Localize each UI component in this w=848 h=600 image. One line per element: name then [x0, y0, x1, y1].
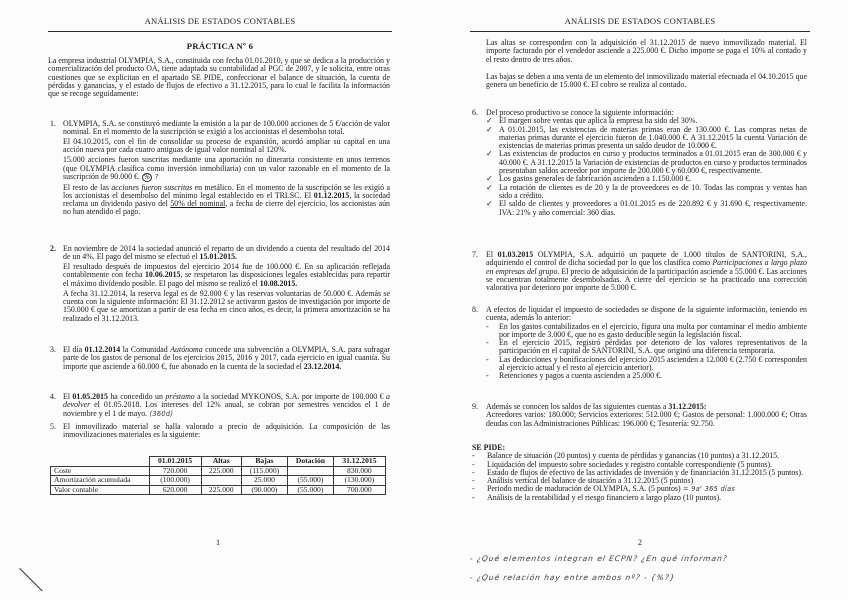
- bajas-paragraph: Las bajas se deben a una venta de un ele…: [486, 73, 807, 90]
- dash-icon: -: [486, 339, 489, 347]
- dash-bullet: -En el ejercicio 2015, registró pérdidas…: [486, 339, 807, 356]
- header-rule: [470, 31, 810, 32]
- table-row: Valor contable 620.000 225.000 (90.000) …: [51, 485, 386, 495]
- item-8: 8. A efectos de liquidar el impuesto de …: [472, 306, 807, 381]
- header-rule: [48, 31, 392, 32]
- text-run: En los gastos contabilizados en el ejerc…: [499, 322, 807, 339]
- text-run: Retenciones y pagos a cuenta ascienden a…: [499, 371, 662, 380]
- item-paragraph: El día 01.12.2014 la Comunidad Autónoma …: [63, 346, 390, 371]
- dash-icon: -: [486, 323, 489, 331]
- item-number: 9.: [472, 403, 478, 411]
- item-3: 3. El día 01.12.2014 la Comunidad Autóno…: [50, 346, 390, 371]
- table-header-cell: 31.12.2015: [333, 457, 385, 467]
- table-header-row: 01.01.2015 Altas Bajas Dotación 31.12.20…: [51, 457, 386, 467]
- table-header-cell: Bajas: [241, 457, 287, 467]
- checkmark-icon: ✓: [486, 126, 493, 134]
- checkmark-icon: ✓: [486, 150, 493, 158]
- text-run: el 01.05.2018. Los intereses del 12% anu…: [63, 400, 390, 417]
- item-4: 4. El 01.05.2015 ha concedido un préstam…: [50, 393, 390, 418]
- text-run: A fecha 31.12.2014, la reserva legal es …: [63, 289, 390, 323]
- page-number: 2: [638, 538, 642, 547]
- item-6: 6. Del proceso productivo se conoce la s…: [472, 109, 807, 217]
- item-paragraph: El inmovilizado material se halla valora…: [63, 423, 390, 440]
- item-paragraph: 15.000 acciones fueron suscritas mediant…: [63, 156, 390, 182]
- table-cell: Amortización acumulada: [51, 476, 150, 486]
- bullet-text: Las deducciones y bonificaciones del eje…: [499, 355, 807, 372]
- item-intro: A efectos de liquidar el impuesto de soc…: [486, 306, 807, 323]
- dash-icon: -: [486, 356, 489, 364]
- table-cell: Valor contable: [51, 485, 150, 495]
- table-cell: 25.000: [241, 476, 287, 486]
- bullet-text: Las existencias de productos en curso y …: [499, 149, 807, 175]
- table-cell: (55.000): [288, 485, 334, 495]
- item-number: 6.: [472, 109, 478, 117]
- se-pide-section: SE PIDE: -Balance de situación (20 punto…: [472, 444, 807, 502]
- table-cell: (90.000): [241, 485, 287, 495]
- item-5: 5. El inmovilizado material se halla val…: [50, 423, 390, 440]
- table-header-cell: 01.01.2015: [149, 457, 201, 467]
- bullet-text: En los gastos contabilizados en el ejerc…: [499, 322, 807, 339]
- item-1: 1. OLYMPIA, S.A. se constituyó mediante …: [50, 120, 390, 217]
- pen-stroke-mark: [19, 568, 42, 591]
- text-run: Las deducciones y bonificaciones del eje…: [499, 355, 807, 372]
- bullet-text: Retenciones y pagos a cuenta ascienden a…: [499, 371, 662, 380]
- dash-bullet: -Las deducciones y bonificaciones del ej…: [486, 356, 807, 373]
- bullet-text: A 01.01.2015, las existencias de materia…: [499, 125, 807, 151]
- dash-icon: -: [486, 372, 489, 380]
- item-paragraph: En noviembre de 2014 la sociedad anunció…: [63, 245, 390, 262]
- text-run: 23.12.2014.: [304, 362, 341, 371]
- table-cell: (100.000): [149, 476, 201, 486]
- check-bullet: ✓Las existencias de productos en curso y…: [486, 150, 807, 175]
- bullet-text: Análisis de la rentabilidad y el riesgo …: [487, 493, 721, 502]
- table-cell: 700.000: [333, 485, 385, 495]
- page-header: ANÁLISIS DE ESTADOS CONTABLES: [48, 16, 392, 26]
- text-run: 10.08.2015.: [260, 279, 297, 288]
- item-paragraph: A fecha 31.12.2014, la reserva legal es …: [63, 290, 390, 323]
- dash-bullet: -En los gastos contabilizados en el ejer…: [486, 323, 807, 340]
- item-number: 5.: [50, 423, 56, 431]
- item-number: 8.: [472, 306, 478, 314]
- item-number: 4.: [50, 393, 56, 401]
- text-run: La rotación de clientes es de 20 y la de…: [499, 183, 807, 200]
- text-run: Las altas se corresponden con la adquisi…: [486, 38, 807, 64]
- page-title: PRÁCTICA Nº 6: [48, 41, 392, 51]
- item-paragraph: El 04.10.2015, con el fin de consolidar …: [63, 138, 390, 155]
- text-run: El 04.10.2015, con el fin de consolidar …: [63, 137, 390, 154]
- text-run: 15.000 acciones fueron suscritas mediant…: [63, 155, 390, 181]
- text-run: 15.01.2015.: [200, 252, 237, 261]
- text-run: Las existencias de productos en curso y …: [499, 149, 807, 175]
- text-run: El saldo de clientes y proveedores a 01.…: [499, 199, 807, 216]
- page-header: ANÁLISIS DE ESTADOS CONTABLES: [470, 16, 810, 26]
- table-header-cell: [51, 457, 150, 467]
- text-run: A efectos de liquidar el impuesto de soc…: [486, 305, 807, 322]
- handwritten-annotation: %: [142, 173, 153, 182]
- checkmark-icon: ✓: [486, 200, 493, 208]
- bullet-text: El saldo de clientes y proveedores a 01.…: [499, 199, 807, 216]
- item-paragraph: OLYMPIA, S.A. se constituyó mediante la …: [63, 120, 390, 137]
- text-run: OLYMPIA, S.A. se constituyó mediante la …: [63, 119, 390, 136]
- item-paragraph: Acreedores varios: 180.000; Servicios ex…: [486, 411, 807, 428]
- text-run: La empresa industrial OLYMPIA, S.A., con…: [48, 56, 390, 98]
- text-run: Acreedores varios: 180.000; Servicios ex…: [486, 410, 807, 427]
- check-bullet: ✓A 01.01.2015, las existencias de materi…: [486, 126, 807, 151]
- item-paragraph: El 01.05.2015 ha concedido un préstamo a…: [63, 393, 390, 418]
- text-run: A 01.01.2015, las existencias de materia…: [499, 125, 807, 151]
- table-cell: (55.000): [288, 476, 334, 486]
- item-2: 2. En noviembre de 2014 la sociedad anun…: [50, 245, 390, 323]
- item-number: 2.: [50, 245, 56, 253]
- table-cell: (130.000): [333, 476, 385, 486]
- table-row: Amortización acumulada (100.000) 25.000 …: [51, 476, 386, 486]
- table-cell: 225.000: [201, 466, 241, 476]
- item-7: 7. El 01.03.2015 OLYMPIA, S.A. adquirió …: [472, 251, 807, 292]
- item-number: 1.: [50, 120, 56, 128]
- bullet-text: En el ejercicio 2015, registró pérdidas …: [499, 338, 807, 355]
- item-9: 9. Además se conocen los saldos de las s…: [472, 403, 807, 428]
- left-page: ANÁLISIS DE ESTADOS CONTABLES PRÁCTICA N…: [0, 0, 424, 600]
- text-run: En el ejercicio 2015, registró pérdidas …: [499, 338, 807, 355]
- checkmark-icon: ✓: [486, 184, 493, 192]
- dash-bullet: -Retenciones y pagos a cuenta ascienden …: [486, 372, 807, 380]
- handwritten-annotation: ?: [152, 173, 158, 181]
- fixed-assets-table: 01.01.2015 Altas Bajas Dotación 31.12.20…: [50, 456, 386, 495]
- altas-paragraph: Las altas se corresponden con la adquisi…: [486, 39, 807, 64]
- page-number: 1: [216, 538, 220, 547]
- right-page: ANÁLISIS DE ESTADOS CONTABLES Las altas …: [424, 0, 848, 600]
- text-run: Análisis de la rentabilidad y el riesgo …: [487, 493, 721, 502]
- check-bullet: ✓El saldo de clientes y proveedores a 01…: [486, 200, 807, 217]
- handwritten-note: - ¿Qué elementos integran el ECPN? ¿En q…: [469, 554, 728, 563]
- item-number: 7.: [472, 251, 478, 259]
- item-paragraph: El resultado después de impuestos del ej…: [63, 263, 390, 288]
- table-header-cell: Dotación: [288, 457, 334, 467]
- text-run: 50% del nominal: [170, 199, 225, 208]
- item-paragraph: El 01.03.2015 OLYMPIA, S.A. adquirió un …: [486, 251, 807, 292]
- text-run: El inmovilizado material se halla valora…: [63, 422, 390, 439]
- item-paragraph: El resto de las acciones fueron suscrita…: [63, 184, 390, 217]
- item-number: 3.: [50, 346, 56, 354]
- dash-bullet: -Análisis de la rentabilidad y el riesgo…: [472, 494, 807, 502]
- bullet-text: La rotación de clientes es de 20 y la de…: [499, 183, 807, 200]
- handwritten-annotation: (360d): [147, 410, 173, 418]
- dash-icon: -: [472, 494, 475, 502]
- text-run: Las bajas se deben a una venta de un ele…: [486, 72, 807, 89]
- handwritten-note: - ¿Qué relación hay entre ambos nº? - {%…: [469, 573, 676, 582]
- table-cell: 620.000: [149, 485, 201, 495]
- check-bullet: ✓La rotación de clientes es de 20 y la d…: [486, 184, 807, 201]
- table-cell: [201, 476, 241, 486]
- table-header-cell: Altas: [201, 457, 241, 467]
- table-cell: 225.000: [201, 485, 241, 495]
- intro-paragraph: La empresa industrial OLYMPIA, S.A., con…: [48, 57, 390, 98]
